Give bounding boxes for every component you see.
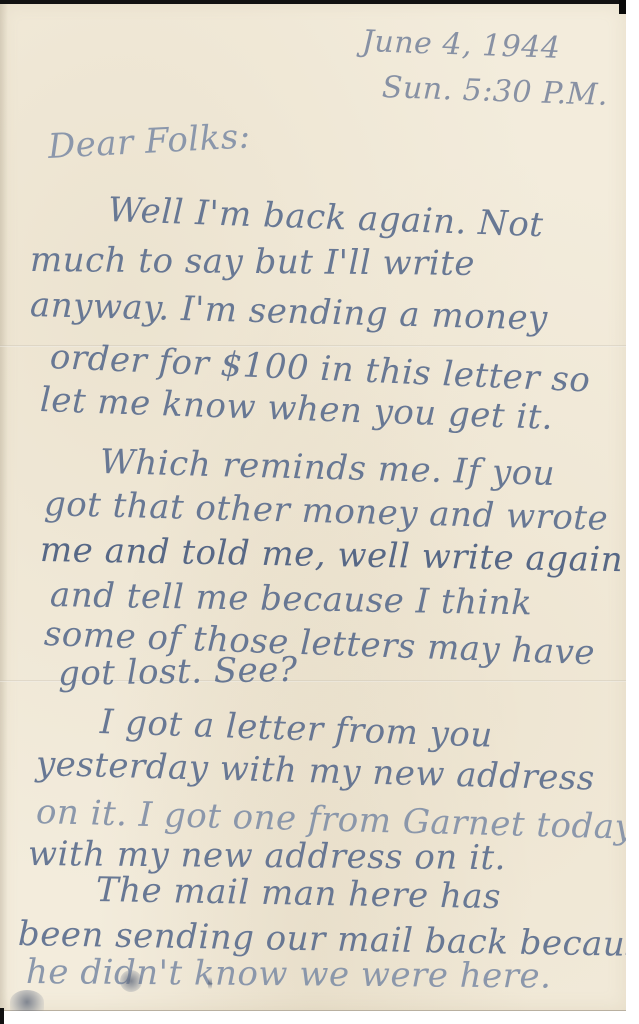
- scan-corner-bottom-left: [0, 1008, 4, 1024]
- letter-paper: June 4, 1944 Sun. 5:30 P.M. Dear Folks: …: [0, 2, 627, 1011]
- scan-margin-right: [626, 0, 639, 1024]
- letter-line: me and told me, well write again: [40, 530, 624, 580]
- paper-left-shadow: [0, 2, 8, 1010]
- letter-date: June 4, 1944: [361, 24, 561, 66]
- letter-time: Sun. 5:30 P.M.: [381, 70, 608, 113]
- letter-line: he didn't know we were here.: [26, 952, 552, 997]
- letter-line: anyway. I'm sending a money: [29, 285, 548, 339]
- letter-line: yesterday with my new address: [35, 744, 595, 799]
- letter-line: Well I'm back again. Not: [107, 190, 544, 245]
- scan-border-top: [0, 0, 639, 4]
- letter-line: The mail man here has: [96, 870, 502, 917]
- letter-line: got lost. See?: [58, 650, 298, 694]
- ink-speck: [208, 977, 212, 989]
- scan-margin-bottom: [0, 1011, 639, 1024]
- letter-line: Which reminds me. If you: [99, 442, 555, 494]
- letter-line: much to say but I'll write: [30, 240, 475, 284]
- ink-blot: [120, 970, 142, 992]
- letter-salutation: Dear Folks:: [47, 116, 252, 167]
